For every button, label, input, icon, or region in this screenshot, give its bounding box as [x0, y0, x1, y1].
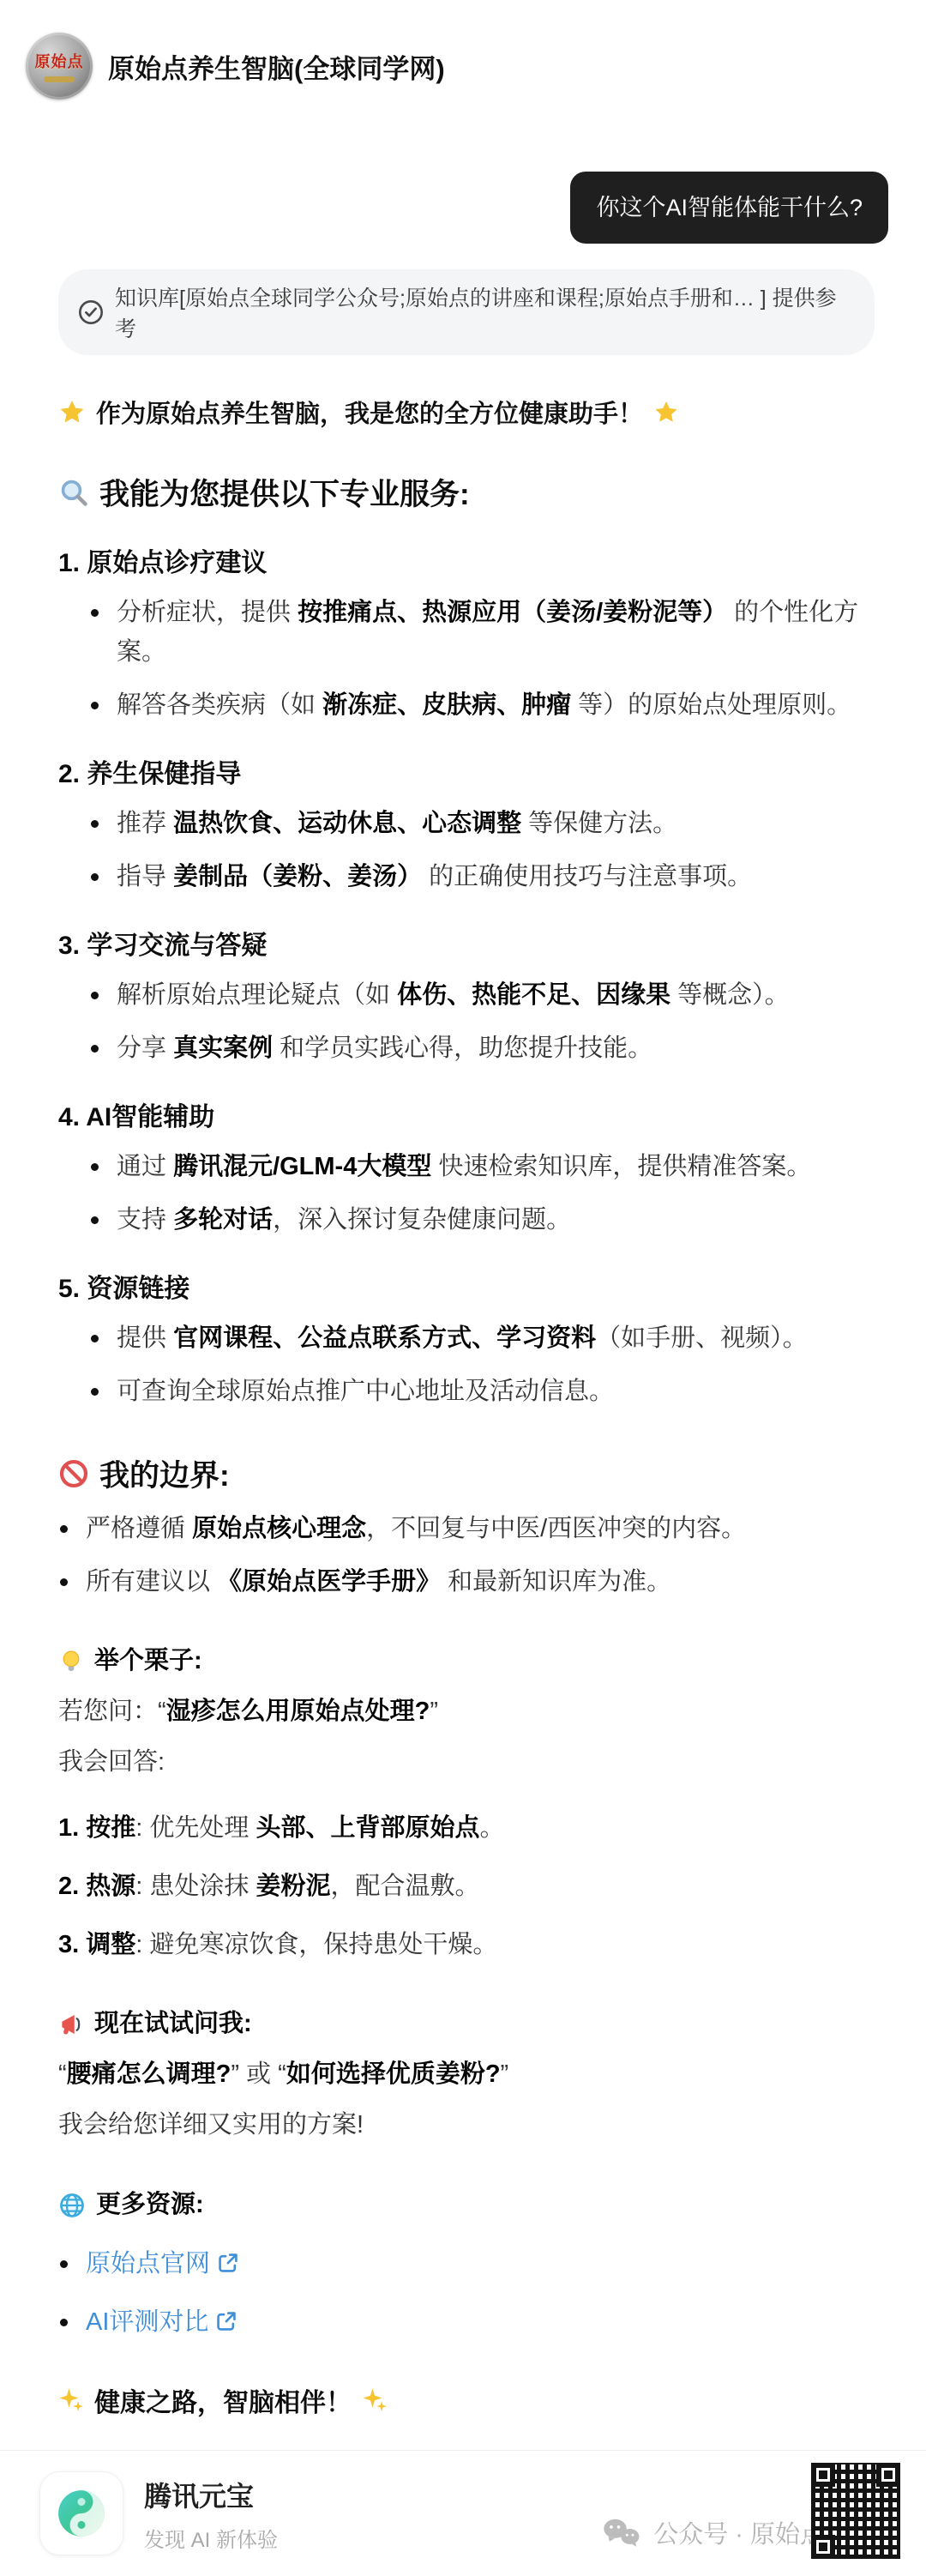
glowing-star-icon: [653, 400, 679, 425]
user-message-bubble: 你这个AI智能体能干什么?: [570, 172, 888, 244]
lightbulb-icon: [58, 1649, 84, 1674]
service-section: 4. AI智能辅助 通过 腾讯混元/GLM-4大模型 快速检索知识库，提供精准答…: [58, 1095, 875, 1240]
list-item: 支持 多轮对话，深入探讨复杂健康问题。: [89, 1200, 875, 1240]
example-step: 3. 调整: 避免寒凉饮食，保持患处干燥。: [58, 1925, 875, 1964]
service-section: 1. 原始点诊疗建议 分析症状，提供 按推痛点、热源应用（姜汤/姜粉泥等） 的个…: [58, 541, 875, 725]
qr-code: [811, 2463, 900, 2559]
qr-finder: [876, 2463, 900, 2487]
qr-finder: [811, 2535, 835, 2559]
glowing-star-icon: [58, 399, 86, 426]
resources-heading-text: 更多资源:: [96, 2185, 204, 2225]
list-item: 原始点官网: [58, 2244, 875, 2283]
assistant-avatar[interactable]: 原始点: [26, 33, 93, 100]
service-title: 1. 原始点诊疗建议: [58, 541, 875, 579]
boundaries-heading-text: 我的边界:: [99, 1452, 230, 1495]
list-item: 提供 官网课程、公益点联系方式、学习资料（如手册、视频）。: [89, 1318, 875, 1358]
list-item: 所有建议以 《原始点医学手册》 和最新知识库为准。: [58, 1562, 875, 1602]
app-promo-banner[interactable]: 腾讯元宝 发现 AI 新体验 公众号 · 原始点: [0, 2450, 926, 2576]
avatar-badge-text: 原始点: [35, 50, 84, 72]
megaphone-icon: [58, 2012, 84, 2037]
sparkles-icon: [58, 2387, 84, 2413]
service-title: 5. 资源链接: [58, 1267, 875, 1305]
services-heading-text: 我能为您提供以下专业服务:: [99, 471, 470, 514]
services-heading: 我能为您提供以下专业服务:: [58, 471, 875, 514]
example-step: 1. 按推: 优先处理 头部、上背部原始点。: [58, 1808, 875, 1848]
list-item: 分析症状，提供 按推痛点、热源应用（姜汤/姜粉泥等） 的个性化方案。: [89, 593, 875, 672]
service-section: 3. 学习交流与答疑 解析原始点理论疑点（如 体伤、热能不足、因缘果 等概念）。…: [58, 924, 875, 1068]
list-item: 分享 真实案例 和学员实践心得，助您提升技能。: [89, 1029, 875, 1068]
check-circle-icon: [77, 299, 105, 326]
closing-line: 健康之路，智脑相伴！: [58, 2381, 875, 2441]
page-title: 原始点养生智脑(全球同学网): [108, 47, 445, 86]
wechat-icon: [602, 2517, 641, 2549]
list-item: 推荐 温热饮食、运动休息、心态调整 等保健方法。: [89, 804, 875, 843]
example-question: 若您问：“湿疹怎么用原始点处理?”: [58, 1692, 875, 1732]
service-bullets: 提供 官网课程、公益点联系方式、学习资料（如手册、视频）。 可查询全球原始点推广…: [58, 1318, 875, 1411]
closing-text: 健康之路，智脑相伴！: [94, 2381, 352, 2419]
list-item: 解析原始点理论疑点（如 体伤、热能不足、因缘果 等概念）。: [89, 975, 875, 1015]
resource-links: 原始点官网 AI评测对比: [58, 2244, 875, 2342]
service-section: 2. 养生保健指导 推荐 温热饮食、运动休息、心态调整 等保健方法。 指导 姜制…: [58, 752, 875, 896]
globe-icon: [58, 2192, 86, 2219]
example-steps: 1. 按推: 优先处理 头部、上背部原始点。 2. 热源: 患处涂抹 姜粉泥，配…: [58, 1808, 875, 1964]
try-me-questions: “腰痛怎么调理?” 或 “如何选择优质姜粉?”: [58, 2054, 875, 2095]
user-message-row: 你这个AI智能体能干什么?: [0, 172, 926, 244]
intro-line: 作为原始点养生智脑，我是您的全方位健康助手！: [58, 395, 875, 430]
boundaries-heading: 我的边界:: [58, 1452, 875, 1495]
wechat-account-row: 公众号 · 原始点: [602, 2515, 825, 2550]
yuanbao-logo: [52, 2484, 111, 2543]
list-item: 指导 姜制品（姜粉、姜汤） 的正确使用技巧与注意事项。: [89, 857, 875, 896]
try-me-heading-text: 现在试试问我:: [94, 2004, 252, 2044]
service-title: 2. 养生保健指导: [58, 752, 875, 790]
resources-heading: 更多资源:: [58, 2185, 875, 2225]
try-me-heading: 现在试试问我:: [58, 2004, 875, 2044]
chat-page: 原始点 原始点养生智脑(全球同学网) 你这个AI智能体能干什么? 知识库[原始点…: [0, 0, 926, 2576]
list-item: AI评测对比: [58, 2302, 875, 2342]
app-subtitle: 发现 AI 新体验: [144, 2523, 278, 2553]
list-item: 解答各类疾病（如 渐冻症、皮肤病、肿瘤 等）的原始点处理原则。: [89, 685, 875, 725]
service-bullets: 分析症状，提供 按推痛点、热源应用（姜汤/姜粉泥等） 的个性化方案。 解答各类疾…: [58, 593, 875, 725]
app-name: 腾讯元宝: [144, 2475, 278, 2514]
example-step: 2. 热源: 患处涂抹 姜粉泥，配合温敷。: [58, 1867, 875, 1906]
knowledge-source-pill[interactable]: 知识库[原始点全球同学公众号;原始点的讲座和课程;原始点手册和… ] 提供参考: [58, 269, 875, 355]
app-meta: 腾讯元宝 发现 AI 新体验: [144, 2475, 278, 2553]
boundaries-bullets: 严格遵循 原始点核心理念，不回复与中医/西医冲突的内容。 所有建议以 《原始点医…: [58, 1509, 875, 1602]
service-section: 5. 资源链接 提供 官网课程、公益点联系方式、学习资料（如手册、视频）。 可查…: [58, 1267, 875, 1411]
yuanbao-app-icon[interactable]: [39, 2471, 123, 2555]
sparkles-icon: [362, 2387, 388, 2413]
example-heading: 举个栗子:: [58, 1641, 875, 1681]
link-official-site[interactable]: 原始点官网: [86, 2250, 210, 2277]
external-link-icon: [215, 2310, 238, 2332]
qr-finder: [811, 2463, 835, 2487]
magnifier-icon: [58, 477, 89, 508]
service-bullets: 推荐 温热饮食、运动休息、心态调整 等保健方法。 指导 姜制品（姜粉、姜汤） 的…: [58, 804, 875, 896]
chat-header: 原始点 原始点养生智脑(全球同学网): [26, 33, 926, 100]
external-link-icon: [217, 2252, 239, 2274]
try-me-outro: 我会给您详细又实用的方案!: [58, 2105, 875, 2145]
avatar-badge-ribbon: [44, 76, 75, 82]
list-item: 可查询全球原始点推广中心地址及活动信息。: [89, 1372, 875, 1411]
intro-text: 作为原始点养生智脑，我是您的全方位健康助手！: [96, 395, 643, 430]
example-answer-intro: 我会回答:: [58, 1742, 875, 1783]
service-title: 4. AI智能辅助: [58, 1095, 875, 1133]
service-title: 3. 学习交流与答疑: [58, 924, 875, 962]
service-bullets: 通过 腾讯混元/GLM-4大模型 快速检索知识库，提供精准答案。 支持 多轮对话…: [58, 1147, 875, 1240]
service-bullets: 解析原始点理论疑点（如 体伤、热能不足、因缘果 等概念）。 分享 真实案例 和学…: [58, 975, 875, 1068]
knowledge-source-text: 知识库[原始点全球同学公众号;原始点的讲座和课程;原始点手册和… ] 提供参考: [115, 281, 856, 343]
list-item: 通过 腾讯混元/GLM-4大模型 快速检索知识库，提供精准答案。: [89, 1147, 875, 1186]
assistant-message: 知识库[原始点全球同学公众号;原始点的讲座和课程;原始点手册和… ] 提供参考 …: [43, 264, 890, 2450]
link-ai-benchmark[interactable]: AI评测对比: [86, 2308, 208, 2336]
list-item: 严格遵循 原始点核心理念，不回复与中医/西医冲突的内容。: [58, 1509, 875, 1548]
example-heading-text: 举个栗子:: [94, 1641, 202, 1681]
wechat-account-text: 公众号 · 原始点: [653, 2515, 825, 2550]
prohibited-icon: [58, 1458, 89, 1489]
